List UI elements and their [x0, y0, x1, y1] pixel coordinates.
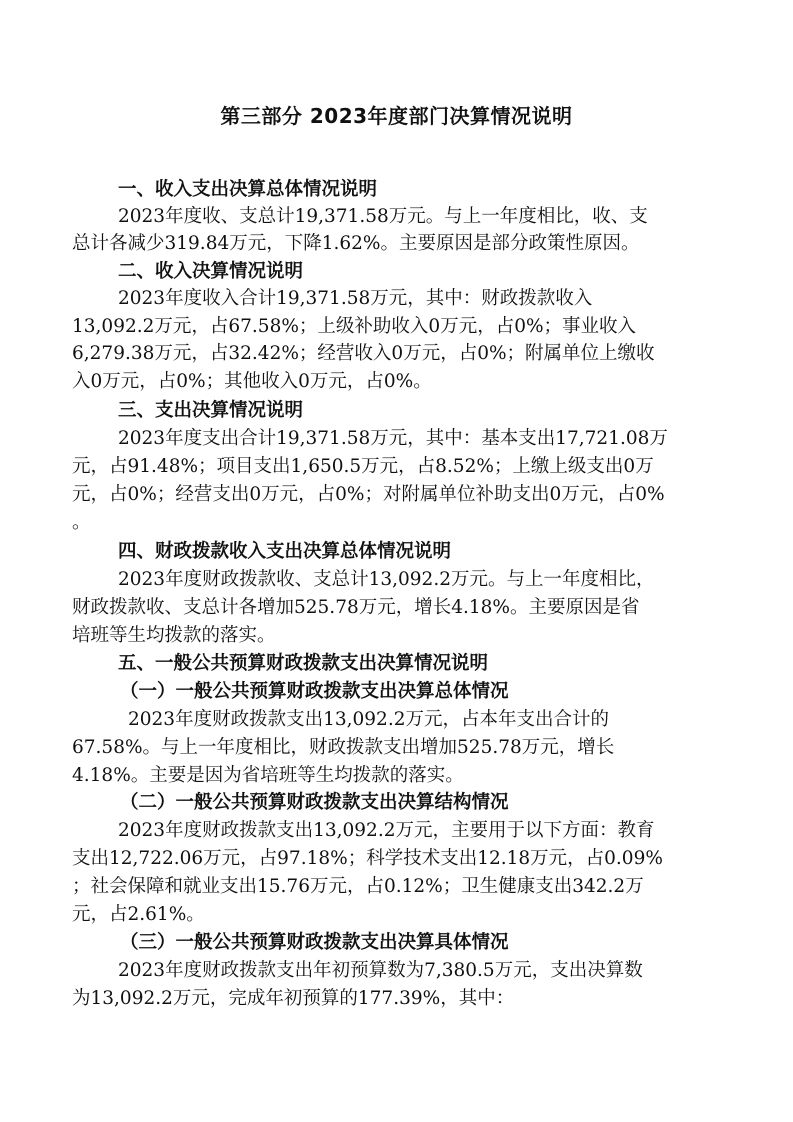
paragraph-line: 2023年度收入合计19,371.58万元，其中：财政拨款收入 [118, 285, 592, 312]
subsection-heading-3: （三）一般公共预算财政拨款支出决算具体情况 [120, 929, 509, 956]
page-title: 第三部分 2023年度部门决算情况说明 [0, 100, 793, 129]
paragraph-line: 4.18%。主要是因为省培班等生均拨款的落实。 [72, 762, 464, 789]
paragraph-line: 元，占0%；经营支出0万元，占0%；对附属单位补助支出0万元，占0% [72, 481, 665, 508]
paragraph-line: 支出12,722.06万元，占97.18%；科学技术支出12.18万元，占0.0… [72, 845, 663, 872]
paragraph-line: 总计各减少319.84万元，下降1.62%。主要原因是部分政策性原因。 [72, 230, 640, 257]
paragraph-line: 2023年度收、支总计19,371.58万元。与上一年度相比，收、支 [118, 203, 648, 230]
section-heading-3: 三、支出决算情况说明 [118, 397, 303, 424]
paragraph-line: 元，占2.61%。 [72, 901, 205, 928]
section-heading-1: 一、收入支出决算总体情况说明 [118, 176, 377, 203]
paragraph-line: 2023年度财政拨款支出年初预算数为7,380.5万元，支出决算数 [118, 957, 643, 984]
paragraph-line: 2023年度财政拨款支出13,092.2万元，主要用于以下方面：教育 [118, 817, 654, 844]
document-page: 第三部分 2023年度部门决算情况说明 一、收入支出决算总体情况说明 2023年… [0, 0, 793, 1122]
paragraph-line: 培班等生均拨款的落实。 [72, 622, 276, 649]
paragraph-line: 6,279.38万元，占32.42%；经营收入0万元，占0%；附属单位上缴收 [72, 340, 655, 367]
section-heading-5: 五、一般公共预算财政拨款支出决算情况说明 [118, 650, 488, 677]
section-heading-2: 二、收入决算情况说明 [118, 258, 303, 285]
section-heading-4: 四、财政拨款收入支出决算总体情况说明 [118, 538, 451, 565]
subsection-heading-1: （一）一般公共预算财政拨款支出决算总体情况 [120, 678, 509, 705]
paragraph-line: 财政拨款收、支总计各增加525.78万元，增长4.18%。主要原因是省 [72, 594, 640, 621]
paragraph-line: 13,092.2万元，占67.58%；上级补助收入0万元，占0%；事业收入 [72, 313, 636, 340]
paragraph-line: 2023年度财政拨款支出13,092.2万元，占本年支出合计的 [128, 706, 609, 733]
paragraph-line: 为13,092.2万元，完成年初预算的177.39%，其中： [72, 985, 514, 1012]
paragraph-line: 元，占91.48%；项目支出1,650.5万元，占8.52%；上缴上级支出0万 [72, 453, 654, 480]
paragraph-line: 67.58%。与上一年度相比，财政拨款支出增加525.78万元，增长 [72, 734, 614, 761]
paragraph-line: 2023年度支出合计19,371.58万元，其中：基本支出17,721.08万 [118, 425, 668, 452]
paragraph-line: 。 [72, 509, 91, 536]
paragraph-line: ；社会保障和就业支出15.76万元，占0.12%；卫生健康支出342.2万 [72, 873, 644, 900]
paragraph-line: 入0万元，占0%；其他收入0万元，占0%。 [72, 368, 432, 395]
paragraph-line: 2023年度财政拨款收、支总计13,092.2万元。与上一年度相比， [118, 566, 654, 593]
subsection-heading-2: （二）一般公共预算财政拨款支出决算结构情况 [120, 789, 509, 816]
